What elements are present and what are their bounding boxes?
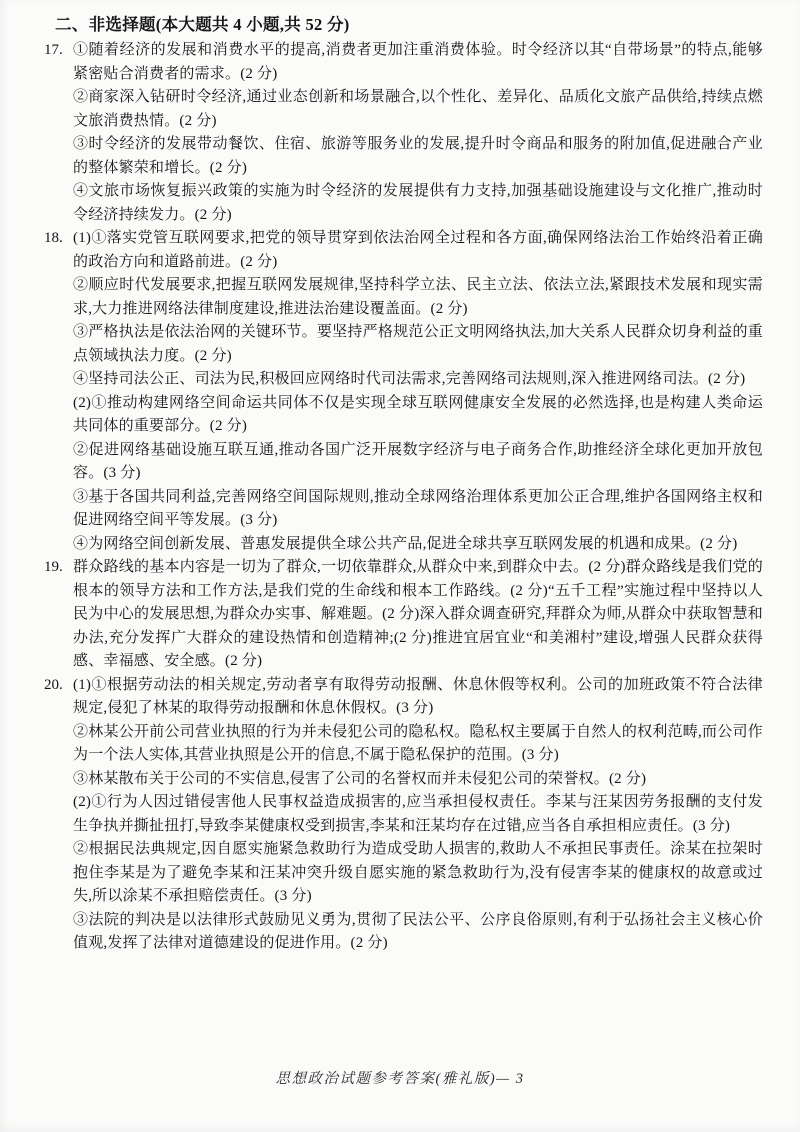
question-body: (1)①落实党管互联网要求,把党的领导贯穿到依法治网全过程和各方面,确保网络法治… [73,227,763,556]
answer-paragraph: (2)①推动构建网络空间命运共同体不仅是实现全球互联网健康安全发展的必然选择,也… [73,392,763,439]
question-number: 19. [44,556,73,580]
answer-paragraph: ②林某公开前公司营业执照的行为并未侵犯公司的隐私权。隐私权主要属于自然人的权利范… [73,721,763,768]
answer-paragraph: ③林某散布关于公司的不实信息,侵害了公司的名誉权而并未侵犯公司的荣誉权。(2 分… [73,768,763,792]
answer-paragraph: ②顺应时代发展要求,把握互联网发展规律,坚持科学立法、民主立法、依法立法,紧跟技… [73,274,763,321]
answer-paragraph: ③法院的判决是以法律形式鼓励见义勇为,贯彻了民法公平、公序良俗原则,有利于弘扬社… [73,909,763,956]
section-heading: 二、非选择题(本大题共 4 小题,共 52 分) [44,12,763,38]
question-number: 20. [44,674,73,698]
answer-paragraph: ①随着经济的发展和消费水平的提高,消费者更加注重消费体验。时令经济以其“自带场景… [73,39,763,86]
answer-paragraph: (1)①落实党管互联网要求,把党的领导贯穿到依法治网全过程和各方面,确保网络法治… [73,227,763,274]
question-18: 18. (1)①落实党管互联网要求,把党的领导贯穿到依法治网全过程和各方面,确保… [44,227,763,556]
answer-paragraph: 群众路线的基本内容是一切为了群众,一切依靠群众,从群众中来,到群众中去。(2 分… [73,556,763,674]
question-body: 群众路线的基本内容是一切为了群众,一切依靠群众,从群众中来,到群众中去。(2 分… [73,556,763,674]
answer-paragraph: (2)①行为人因过错侵害他人民事权益造成损害的,应当承担侵权责任。李某与汪某因劳… [73,791,763,838]
question-17: 17. ①随着经济的发展和消费水平的提高,消费者更加注重消费体验。时令经济以其“… [44,39,763,227]
question-20: 20. (1)①根据劳动法的相关规定,劳动者享有取得劳动报酬、休息休假等权利。公… [44,674,763,956]
question-body: ①随着经济的发展和消费水平的提高,消费者更加注重消费体验。时令经济以其“自带场景… [73,39,763,227]
question-19: 19. 群众路线的基本内容是一切为了群众,一切依靠群众,从群众中来,到群众中去。… [44,556,763,674]
answer-paragraph: ③严格执法是依法治网的关键环节。要坚持严格规范公正文明网络执法,加大关系人民群众… [73,321,763,368]
answer-paragraph: ④坚持司法公正、司法为民,积极回应网络时代司法需求,完善网络司法规则,深入推进网… [73,368,763,392]
question-number: 17. [44,39,73,63]
answer-paragraph: ②商家深入钻研时令经济,通过业态创新和场景融合,以个性化、差异化、品质化文旅产品… [73,86,763,133]
page-footer: 思想政治试题参考答案(雅礼版)— 3 [0,1067,800,1088]
answer-paragraph: (1)①根据劳动法的相关规定,劳动者享有取得劳动报酬、休息休假等权利。公司的加班… [73,674,763,721]
scanned-answer-page: 二、非选择题(本大题共 4 小题,共 52 分) 17. ①随着经济的发展和消费… [0,0,800,1132]
question-number: 18. [44,227,73,251]
answer-paragraph: ④为网络空间创新发展、普惠发展提供全球公共产品,促进全球共享互联网发展的机遇和成… [73,533,763,557]
answer-paragraph: ④文旅市场恢复振兴政策的实施为时令经济的发展提供有力支持,加强基础设施建设与文化… [73,180,763,227]
answer-paragraph: ③时令经济的发展带动餐饮、住宿、旅游等服务业的发展,提升时令商品和服务的附加值,… [73,133,763,180]
answer-paragraph: ③基于各国共同利益,完善网络空间国际规则,推动全球网络治理体系更加公正合理,维护… [73,486,763,533]
question-body: (1)①根据劳动法的相关规定,劳动者享有取得劳动报酬、休息休假等权利。公司的加班… [73,674,763,956]
answer-paragraph: ②根据民法典规定,因自愿实施紧急救助行为造成受助人损害的,救助人不承担民事责任。… [73,838,763,909]
answer-paragraph: ②促进网络基础设施互联互通,推动各国广泛开展数字经济与电子商务合作,助推经济全球… [73,439,763,486]
